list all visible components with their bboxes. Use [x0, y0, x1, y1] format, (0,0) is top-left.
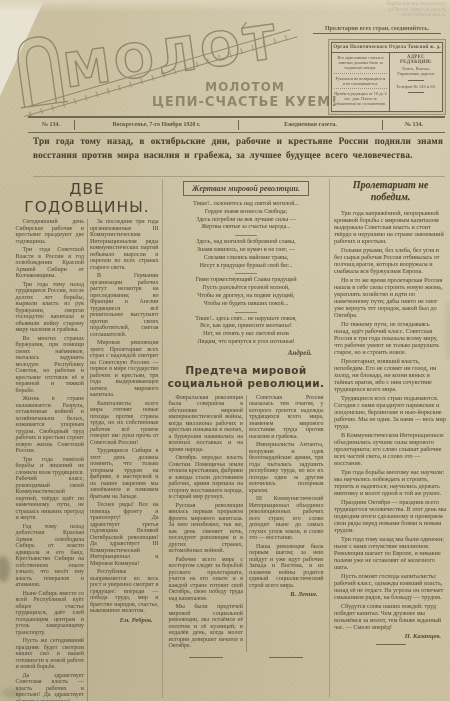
paragraph: Да здравствует Советская власть — власть… [16, 673, 85, 701]
issue-date: Воскресенье, 7-го Ноября 1920 г. [75, 122, 238, 128]
article-proletariat-invincible: Пролетариат не победим. Три года напряжё… [331, 179, 447, 698]
divider [235, 312, 257, 313]
note: Все присланные статьи и заметки должны б… [334, 55, 387, 71]
paragraph: Три года напряжённой, непрерывной кровав… [334, 210, 447, 245]
motto-line-1: МОЛОТОМ [150, 80, 340, 95]
paragraph: Февральская революция была совершена в о… [169, 395, 244, 454]
poem-stanza: Здесь, над могилой безбрежной славы, Зна… [166, 239, 326, 270]
divider [235, 273, 257, 274]
ink-smudge [0, 556, 10, 582]
masthead-motto: МОЛОТОМ ЦЕПИ-СЧАСТЬЕ КУЕМ! [150, 80, 340, 110]
organ-title: Орган Политического Отдела Томской ж. д. [332, 43, 442, 53]
text-column: Советская Россия оказалась тем очагом, у… [246, 395, 327, 652]
phone-number: Телефон № 143 и 65. [392, 84, 440, 89]
divider [376, 644, 406, 645]
proletarian-slogan: Пролетарии всех стран, соединяйтесь. [313, 26, 441, 34]
newspaper-scan-page: { "watermark": { "lines": ["Digital Libr… [0, 0, 450, 701]
article-title: Пролетариат не победим. [334, 180, 447, 204]
paragraph: Сегодняшний день Сибирские рабочие и кре… [16, 219, 85, 245]
paragraph: Империалисты Антанты, вооружив и одев бе… [249, 442, 324, 494]
paragraph: Пусть помнят господа капиталисты: рабочи… [334, 573, 447, 601]
author-signature: В. Ленин. [249, 591, 318, 598]
paragraph: Голыми руками, без хлеба, без угля и без… [334, 247, 447, 275]
paragraph: В Коммунистическом Интернационале объеди… [334, 432, 447, 467]
paragraph: Три года тому назад трудящиеся России, п… [16, 282, 85, 334]
text-column: За последние три года организованные III… [87, 219, 162, 701]
paragraph: По тяжкому пути, не оглядываясь назад, и… [334, 321, 447, 356]
anniversary-banner: Три года тому назад, в октябрьские дни, … [33, 135, 443, 162]
paragraph: Три года Советской Власти в России и год… [16, 247, 85, 280]
paragraph: Три года тому назад мы были одиноки; нын… [334, 536, 447, 571]
divider [33, 176, 445, 177]
paragraph: Праздник Октября — праздник всего трудящ… [334, 499, 447, 534]
date-bar: № 134. Воскресенье, 7-го Ноября 1920 г. … [28, 116, 445, 133]
poem-stanza: Тише!.. склонитесь над святой могилой...… [166, 201, 326, 232]
paragraph: Республика выпрямляется во весь рост и у… [90, 569, 159, 615]
address-text: Томск, Вокзал, Управление дороги. [392, 66, 440, 77]
paragraph: Три года борьбы многому нас научили: мы … [334, 469, 447, 497]
text-column: Сегодняшний день Сибирские рабочие и кре… [13, 219, 87, 701]
paragraph: Трудящиеся Сибири в этот день должны пом… [90, 448, 159, 500]
paragraph: Русская революция явилась первым прорыво… [169, 503, 244, 555]
paragraph: Год тому назад доблестная Красная Армия … [16, 524, 85, 589]
article-end-rules [166, 657, 326, 658]
paragraph: Пролетариат, взявший власть, непобедим. … [334, 358, 447, 393]
column-divider [162, 179, 163, 698]
scan-light-strip [0, 0, 450, 12]
editorial-address: АДРЕС РЕДАКЦИИ: Томск, Вокзал, Управлени… [390, 53, 442, 111]
paragraph: В Германии организации рабочих растут не… [90, 273, 159, 338]
paragraph: Но в то же время пролетарская Россия наш… [334, 277, 447, 319]
issue-number-right: № 134. [383, 122, 445, 128]
paragraph: Октябрь передал власть Советам. Помещичь… [169, 455, 244, 501]
paragraph: Ныне Сибирь вместе со всей Республикой к… [16, 591, 85, 637]
submission-notes: Все присланные статьи и заметки должны б… [332, 53, 390, 111]
issue-number-left: № 134. [28, 122, 74, 128]
middle-column: Жертвам мировой революции. Тише!.. склон… [164, 179, 328, 698]
divider [408, 80, 424, 81]
address-label: АДРЕС РЕДАКЦИИ: [392, 55, 440, 65]
paragraph: Капиталисты всего мира готовят новые пох… [90, 401, 159, 447]
editorial-info-box: Орган Политического Отдела Томской ж. д.… [331, 42, 443, 112]
poem-stanza: Гимн торжествующий Славы грядущей Пусть … [166, 277, 326, 308]
poem-signature: Андрей. [166, 349, 312, 357]
paragraph: Во многих странах буржуазия, при помощи … [16, 336, 85, 395]
paragraph: Советская Россия оказалась тем очагом, у… [249, 395, 324, 441]
poem-title: Жертвам мировой революции. [183, 181, 309, 196]
divider [235, 235, 257, 236]
columns-area: ДВЕ ГОДОВЩИНЫ. Сегодняшний день Сибирски… [13, 179, 447, 698]
paragraph: Рабочие всего мира с восторгом следят за… [169, 557, 244, 603]
article-two-anniversaries: ДВЕ ГОДОВЩИНЫ. Сегодняшний день Сибирски… [13, 179, 161, 698]
note: Рукописи не возвращаются и не оплачивают… [334, 73, 387, 86]
paragraph: Три года тяжёлой борьбы и лишений не сло… [16, 457, 85, 522]
paragraph: Теснее ряды! Все на помощь фронту и тран… [90, 502, 159, 567]
author-signature: П. Казанцев. [334, 633, 441, 640]
paragraph: Сбудутся слова наших вождей: труд победи… [334, 603, 447, 631]
paragraph: За последние три года организованные III… [90, 219, 159, 271]
motto-line-2: ЦЕПИ-СЧАСТЬЕ КУЕМ! [150, 95, 340, 110]
poem-stanza: Тише!.. здесь спят... не нарушьте покоя,… [166, 316, 326, 347]
paragraph: Жизнь в стране налаживается. Разруха, ос… [16, 396, 85, 455]
paragraph: Пусть же сегодняшний праздник будет смот… [16, 638, 85, 671]
article-title: Предтеча мировой социальной революции. [166, 365, 326, 391]
article-title: ДВЕ ГОДОВЩИНЫ. [13, 180, 161, 216]
paragraph: Наша революция была первым шагом; за нею… [249, 544, 324, 590]
column-divider [329, 179, 330, 698]
paragraph: Мировая революция зреет. Пролетариат все… [90, 340, 159, 399]
paper-type: Ежедневная газета. [239, 122, 382, 128]
author-signature: Ем. Ребров. [90, 617, 153, 624]
note: Приём в редакции от 10 до 4 час. дня. Пл… [334, 88, 387, 107]
text-column: Февральская революция была совершена в о… [166, 395, 246, 652]
divider [408, 92, 424, 93]
paragraph: Мы были предтечей мировой социальной рев… [169, 604, 244, 650]
library-watermark: Digital Library (repository) of Tomsk St… [387, 2, 446, 19]
paragraph: Трудящиеся всех стран подымаются. Сегодн… [334, 395, 447, 430]
paragraph: III Коммунистический Интернационал объед… [249, 496, 324, 542]
